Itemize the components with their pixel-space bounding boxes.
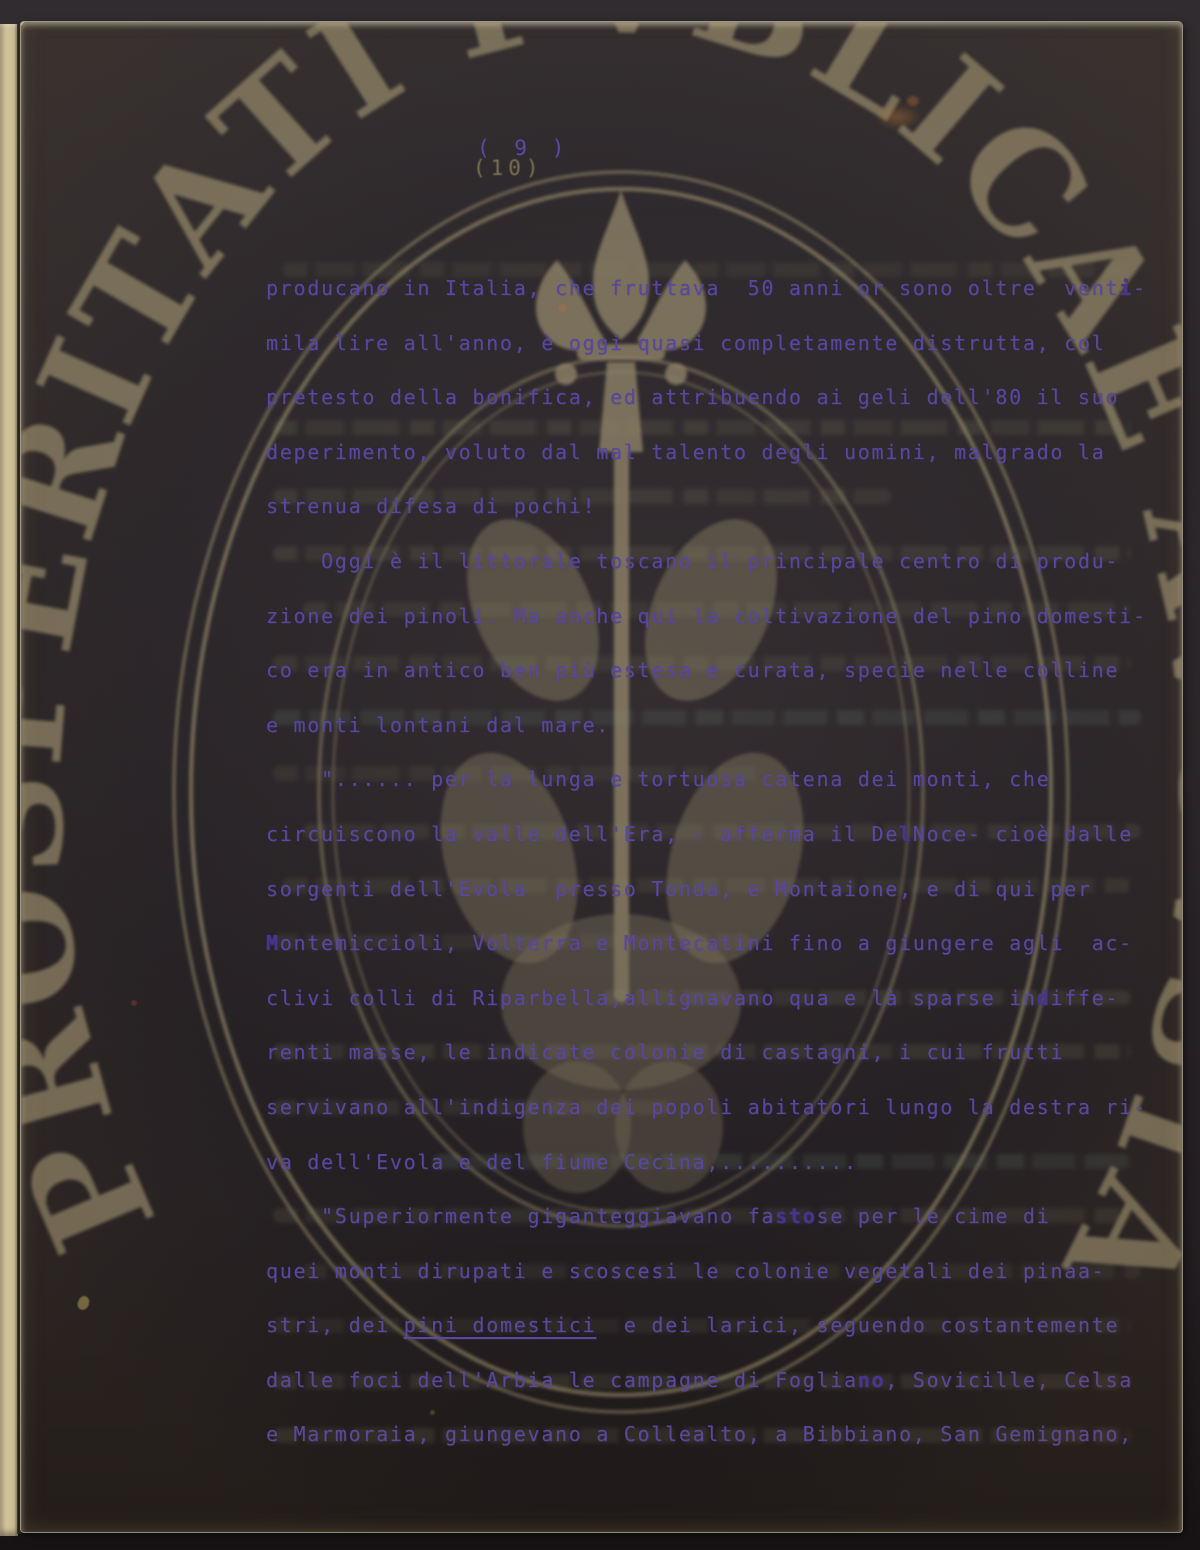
text-line: va dell'Evola e del fiume Cecina,.......… bbox=[266, 1135, 1178, 1190]
stain bbox=[558, 304, 567, 312]
scan-background: PROSPERITATI PVBLICAE AVGVSTAE (10) ( 9 … bbox=[0, 0, 1200, 1550]
text-line: sorgenti dell'Evola presso Tonda, e Mont… bbox=[266, 862, 1178, 917]
text-line: Oggi è il littorale toscano il principal… bbox=[266, 534, 1178, 589]
text-line: quei monti dirupati e scoscesi le coloni… bbox=[266, 1244, 1178, 1299]
ink-speck bbox=[131, 1000, 137, 1006]
page-corner-fold bbox=[21, 22, 127, 166]
text-line: renti masse, le indicate colonie di cast… bbox=[266, 1025, 1178, 1080]
text-line: servivano all'indigenza dei popoli abita… bbox=[266, 1080, 1178, 1135]
text-line: zione dei pinoli. Ma anche qui la coltiv… bbox=[266, 589, 1178, 644]
typewritten-text: producano in Italia, che fruttava 50 ann… bbox=[266, 261, 1178, 1462]
text-line: pretesto della bonifica, ed attribuendo … bbox=[266, 370, 1178, 425]
ink-speck bbox=[430, 1410, 435, 1415]
book-page-edge bbox=[0, 24, 18, 1536]
text-line: e monti lontani dal mare. bbox=[266, 698, 1178, 753]
text-line: "...... per la lunga e tortuosa catena d… bbox=[266, 752, 1178, 807]
text-line: e Marmoraia, giungevano a Collealto, a B… bbox=[266, 1407, 1178, 1462]
text-line: producano in Italia, che fruttava 50 ann… bbox=[266, 261, 1178, 316]
document-page: PROSPERITATI PVBLICAE AVGVSTAE (10) ( 9 … bbox=[21, 22, 1182, 1532]
stain bbox=[907, 96, 919, 106]
text-line: deperimento, voluto dal mal talento degl… bbox=[266, 425, 1178, 480]
text-line: co era in antico ben più estesa e curata… bbox=[266, 643, 1178, 698]
stain bbox=[877, 104, 923, 130]
text-line: strenua difesa di pochi! bbox=[266, 479, 1178, 534]
text-line: "Superiormente giganteggiavano fastose p… bbox=[266, 1189, 1178, 1244]
page-number: ( 9 ) bbox=[477, 136, 570, 160]
text-line: Montemiccioli, Volterra e Montecatini fi… bbox=[266, 916, 1178, 971]
text-line: dalle foci dell'Arbia le campagne di Fog… bbox=[266, 1353, 1178, 1408]
text-line: clivi colli di Riparbella,allignavano qu… bbox=[266, 971, 1178, 1026]
ink-speck bbox=[76, 1294, 92, 1311]
text-line: stri, dei pini domestici e dei larici, s… bbox=[266, 1298, 1178, 1353]
text-line: mila lire all'anno, è oggi quasi complet… bbox=[266, 316, 1178, 371]
text-line: circuiscono la valle dell'Era, - afferma… bbox=[266, 807, 1178, 862]
